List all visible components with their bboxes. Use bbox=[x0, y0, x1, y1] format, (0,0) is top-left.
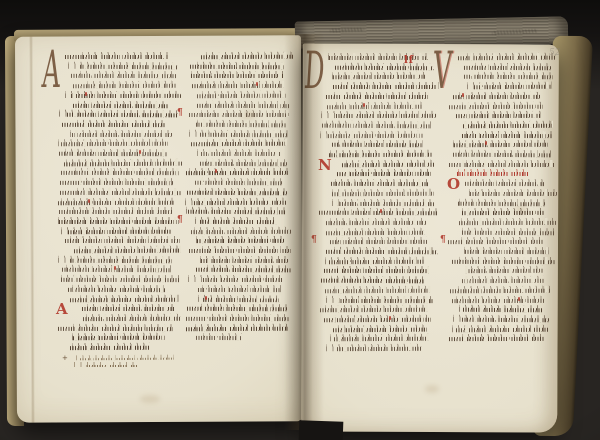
text-line bbox=[448, 227, 554, 235]
text-line bbox=[59, 178, 174, 185]
text-line bbox=[187, 110, 289, 117]
text-line bbox=[187, 100, 289, 107]
text-line bbox=[66, 71, 176, 78]
text-line bbox=[457, 72, 553, 80]
red-touch-mark bbox=[389, 316, 391, 320]
text-line bbox=[185, 91, 286, 99]
text-line bbox=[72, 314, 181, 321]
text-line bbox=[448, 286, 551, 293]
text-line bbox=[187, 285, 281, 292]
text-line bbox=[320, 237, 427, 244]
text-line bbox=[187, 149, 280, 156]
text-line bbox=[449, 121, 553, 129]
foxing-spot bbox=[140, 395, 160, 403]
text-line bbox=[185, 226, 291, 233]
lombard-initial: N bbox=[318, 158, 332, 173]
text-line bbox=[448, 257, 556, 264]
text-line bbox=[57, 343, 150, 350]
text-line bbox=[57, 285, 164, 292]
text-line bbox=[57, 110, 178, 118]
text-line bbox=[70, 362, 137, 367]
text-column-left-note: + bbox=[70, 355, 180, 377]
text-line bbox=[329, 62, 434, 70]
text-line bbox=[328, 82, 439, 89]
page-crease bbox=[29, 37, 35, 423]
pilcrow-mark: ¶ bbox=[311, 236, 317, 245]
text-line bbox=[186, 323, 288, 330]
text-column-left-2: ¶¶ bbox=[186, 52, 293, 351]
text-line bbox=[58, 226, 171, 234]
text-line bbox=[449, 101, 543, 109]
red-touch-mark bbox=[205, 296, 207, 300]
text-line bbox=[186, 61, 284, 69]
text-line bbox=[187, 120, 286, 128]
text-line bbox=[187, 52, 293, 60]
folio-number: 52 bbox=[549, 48, 560, 58]
text-line bbox=[319, 208, 437, 215]
text-line bbox=[57, 168, 179, 175]
text-column-right-2: ¶OV bbox=[449, 53, 557, 352]
text-line bbox=[320, 324, 427, 332]
text-line bbox=[186, 275, 282, 282]
text-line bbox=[58, 323, 173, 330]
text-line bbox=[58, 149, 167, 156]
text-line bbox=[186, 129, 288, 137]
text-line bbox=[462, 179, 545, 186]
text-line bbox=[448, 111, 541, 118]
text-line bbox=[185, 217, 278, 224]
text-line bbox=[448, 131, 552, 138]
red-touch-mark bbox=[380, 209, 382, 213]
manuscript-photo: AA¶¶+¶ND¶OV lf 52 bbox=[0, 0, 600, 440]
text-line bbox=[58, 236, 180, 243]
text-line bbox=[463, 189, 558, 196]
text-line bbox=[186, 81, 284, 88]
text-line bbox=[450, 218, 556, 225]
text-line bbox=[186, 168, 288, 175]
text-line bbox=[319, 305, 428, 312]
text-line bbox=[321, 344, 422, 351]
text-line bbox=[320, 111, 436, 118]
tall-initial: V bbox=[432, 45, 453, 96]
text-line bbox=[450, 140, 548, 148]
text-line bbox=[65, 61, 178, 69]
pilcrow-mark: ¶ bbox=[177, 109, 183, 118]
text-line bbox=[59, 246, 181, 254]
text-line bbox=[450, 247, 549, 254]
text-line bbox=[456, 53, 556, 61]
text-line bbox=[320, 334, 430, 342]
text-line bbox=[186, 158, 287, 166]
text-line bbox=[186, 139, 287, 147]
text-line bbox=[449, 324, 549, 332]
text-line bbox=[319, 247, 438, 254]
text-line bbox=[448, 160, 554, 167]
text-line bbox=[319, 101, 422, 108]
text-line bbox=[321, 295, 434, 302]
text-line bbox=[185, 197, 286, 204]
text-line bbox=[58, 333, 166, 341]
text-line bbox=[320, 198, 434, 205]
text-line bbox=[321, 256, 424, 263]
text-line bbox=[449, 334, 544, 341]
red-touch-mark bbox=[139, 150, 141, 154]
rubric-line bbox=[448, 169, 528, 176]
text-line bbox=[457, 82, 552, 90]
tall-initial: D bbox=[303, 45, 326, 96]
text-line bbox=[320, 188, 434, 196]
red-touch-mark bbox=[462, 93, 464, 97]
text-line bbox=[321, 266, 429, 273]
text-line bbox=[72, 304, 174, 311]
text-line bbox=[333, 159, 435, 167]
text-line bbox=[448, 237, 543, 244]
text-line bbox=[186, 265, 291, 273]
text-line bbox=[65, 52, 169, 59]
text-line bbox=[58, 91, 181, 98]
text-line bbox=[321, 92, 429, 99]
text-line bbox=[58, 100, 168, 107]
text-line bbox=[58, 207, 173, 214]
red-touch-mark bbox=[363, 103, 365, 107]
text-line bbox=[321, 227, 425, 235]
text-line bbox=[321, 276, 424, 284]
text-line bbox=[320, 179, 428, 186]
text-line bbox=[319, 140, 423, 148]
text-line bbox=[57, 217, 179, 224]
text-line bbox=[449, 266, 543, 273]
red-touch-mark bbox=[85, 92, 87, 96]
text-line bbox=[186, 256, 289, 263]
text-line bbox=[186, 246, 291, 253]
foxing-spot bbox=[425, 385, 439, 393]
lombard-initial: O bbox=[447, 177, 460, 192]
text-line bbox=[57, 188, 180, 195]
text-line bbox=[448, 295, 545, 302]
text-line bbox=[449, 276, 544, 283]
text-line bbox=[185, 188, 287, 195]
text-line bbox=[58, 275, 179, 282]
text-line bbox=[187, 294, 281, 301]
text-line bbox=[449, 315, 550, 323]
text-line bbox=[186, 207, 285, 214]
text-line bbox=[186, 71, 283, 78]
text-column-right-1: ¶ND bbox=[320, 53, 439, 362]
text-line bbox=[319, 315, 431, 323]
text-line bbox=[320, 130, 424, 137]
text-line bbox=[185, 314, 290, 321]
text-line bbox=[66, 81, 177, 88]
text-line bbox=[59, 158, 182, 166]
text-line bbox=[186, 178, 282, 186]
tall-initial: A bbox=[41, 44, 62, 95]
text-line bbox=[319, 150, 432, 158]
red-touch-mark bbox=[485, 141, 487, 145]
text-line bbox=[70, 355, 174, 361]
text-line bbox=[448, 198, 545, 206]
text-line bbox=[449, 150, 551, 158]
text-line bbox=[319, 218, 426, 225]
quire-mark: lf bbox=[404, 55, 414, 66]
text-line bbox=[57, 197, 174, 205]
lombard-initial: A bbox=[56, 302, 68, 317]
pilcrow-mark: ¶ bbox=[177, 216, 183, 225]
note-mark: + bbox=[62, 355, 68, 362]
text-column-left-1: AA bbox=[58, 52, 182, 361]
text-line bbox=[58, 255, 172, 262]
text-line bbox=[58, 139, 168, 146]
text-line bbox=[185, 304, 288, 312]
gutter-bottom-gap bbox=[299, 420, 344, 440]
text-line bbox=[320, 286, 431, 294]
text-line bbox=[57, 130, 172, 137]
text-line bbox=[187, 333, 242, 340]
text-line bbox=[332, 169, 431, 176]
text-line bbox=[456, 62, 552, 69]
text-line bbox=[449, 305, 542, 313]
text-line bbox=[58, 120, 166, 127]
text-line bbox=[320, 121, 430, 129]
red-touch-mark bbox=[518, 297, 520, 301]
text-line bbox=[449, 208, 545, 215]
text-line bbox=[186, 236, 284, 243]
red-touch-mark bbox=[256, 82, 258, 86]
red-touch-mark bbox=[88, 199, 90, 203]
text-line bbox=[327, 72, 426, 80]
text-line bbox=[59, 294, 179, 302]
pilcrow-mark: ¶ bbox=[440, 236, 446, 245]
